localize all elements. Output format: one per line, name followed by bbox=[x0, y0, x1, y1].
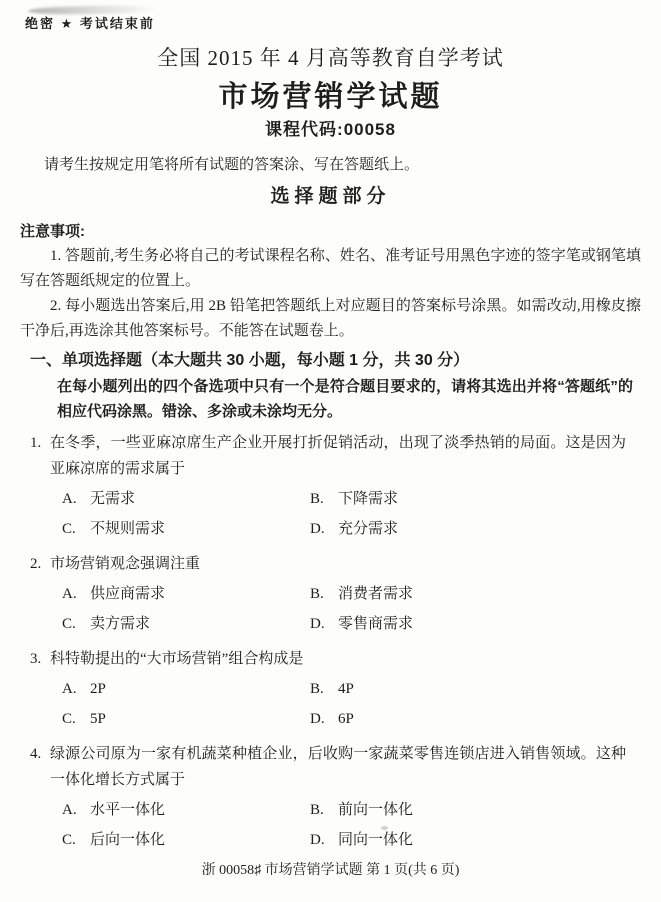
notice-section: 注意事项: 1. 答题前,考生务必将自己的考试课程名称、姓名、准考证号用黑色字迹… bbox=[20, 219, 641, 344]
option-text: 6P bbox=[338, 707, 354, 731]
option-label: A. bbox=[62, 677, 90, 701]
classification-label: 绝密 ★ 考试结束前 bbox=[25, 16, 641, 32]
exam-paper-page: 绝密 ★ 考试结束前 全国 2015 年 4 月高等教育自学考试 市场营销学试题… bbox=[0, 0, 661, 902]
option-item-d: D. 零售商需求 bbox=[310, 612, 641, 636]
general-instruction: 请考生按规定用笔将所有试题的答案涂、写在答题纸上。 bbox=[20, 155, 641, 176]
question-block-2: 2. 市场营销观念强调注重 A. 供应商需求 B. 消费者需求 C. 卖方需求 … bbox=[20, 551, 641, 636]
question-stem-row: 4. 绿源公司原为一家有机蔬菜种植企业，后收购一家蔬菜零售连锁店进入销售领域。这… bbox=[20, 741, 641, 793]
option-item-a: A. 供应商需求 bbox=[62, 582, 310, 606]
options-grid: A. 供应商需求 B. 消费者需求 C. 卖方需求 D. 零售商需求 bbox=[62, 582, 641, 636]
question-number: 4. bbox=[20, 741, 50, 793]
options-grid: A. 水平一体化 B. 前向一体化 C. 后向一体化 D. 同向一体化 bbox=[62, 798, 641, 852]
option-text: 2P bbox=[90, 677, 106, 701]
option-label: D. bbox=[310, 517, 338, 541]
question-stem: 在冬季，一些亚麻凉席生产企业开展打折促销活动，出现了淡季热销的局面。这是因为亚麻… bbox=[50, 430, 626, 482]
option-label: D. bbox=[310, 612, 338, 636]
question-block-4: 4. 绿源公司原为一家有机蔬菜种植企业，后收购一家蔬菜零售连锁店进入销售领域。这… bbox=[20, 741, 641, 852]
option-label: B. bbox=[310, 487, 338, 511]
exam-session-title: 全国 2015 年 4 月高等教育自学考试 bbox=[20, 45, 641, 72]
question-block-1: 1. 在冬季，一些亚麻凉席生产企业开展打折促销活动，出现了淡季热销的局面。这是因… bbox=[20, 430, 641, 541]
options-grid: A. 2P B. 4P C. 5P D. 6P bbox=[62, 677, 641, 731]
option-item-c: C. 后向一体化 bbox=[62, 828, 310, 852]
option-label: A. bbox=[62, 798, 90, 822]
option-text: 后向一体化 bbox=[90, 828, 165, 852]
option-text: 5P bbox=[90, 707, 106, 731]
option-text: 下降需求 bbox=[338, 487, 398, 511]
question-number: 3. bbox=[20, 646, 50, 672]
option-item-a: A. 无需求 bbox=[62, 487, 310, 511]
options-grid: A. 无需求 B. 下降需求 C. 不规则需求 D. 充分需求 bbox=[62, 487, 641, 541]
option-label: C. bbox=[62, 517, 90, 541]
question-stem: 市场营销观念强调注重 bbox=[50, 551, 200, 577]
option-label: B. bbox=[310, 582, 338, 606]
section-instruction: 在每小题列出的四个备选项中只有一个是符合题目要求的，请将其选出并将“答题纸”的相… bbox=[57, 374, 633, 424]
option-text: 充分需求 bbox=[338, 517, 398, 541]
option-item-d: D. 6P bbox=[310, 707, 641, 731]
option-item-c: C. 卖方需求 bbox=[62, 612, 310, 636]
option-text: 无需求 bbox=[90, 487, 135, 511]
option-label: B. bbox=[310, 798, 338, 822]
scan-speck-artifact bbox=[381, 826, 388, 830]
option-label: C. bbox=[62, 828, 90, 852]
option-item-b: B. 消费者需求 bbox=[310, 582, 641, 606]
option-text: 4P bbox=[338, 677, 354, 701]
option-item-d: D. 同向一体化 bbox=[310, 828, 641, 852]
option-text: 水平一体化 bbox=[90, 798, 165, 822]
notice-title: 注意事项: bbox=[20, 219, 641, 244]
option-item-c: C. 不规则需求 bbox=[62, 517, 310, 541]
option-label: D. bbox=[310, 707, 338, 731]
option-item-a: A. 水平一体化 bbox=[62, 798, 310, 822]
question-stem: 绿源公司原为一家有机蔬菜种植企业，后收购一家蔬菜零售连锁店进入销售领域。这种一体… bbox=[50, 741, 626, 793]
part-title: 选择题部分 bbox=[20, 184, 641, 209]
notice-item-1: 1. 答题前,考生务必将自己的考试课程名称、姓名、准考证号用黑色字迹的签字笔或钢… bbox=[20, 244, 641, 294]
scan-smudge-artifact bbox=[28, 5, 158, 15]
option-label: C. bbox=[62, 707, 90, 731]
option-text: 零售商需求 bbox=[338, 612, 413, 636]
section-heading: 一、单项选择题（本大题共 30 小题，每小题 1 分，共 30 分） bbox=[20, 348, 641, 374]
question-stem-row: 2. 市场营销观念强调注重 bbox=[20, 551, 641, 577]
question-number: 1. bbox=[20, 430, 50, 482]
option-text: 同向一体化 bbox=[338, 828, 413, 852]
option-item-b: B. 下降需求 bbox=[310, 487, 641, 511]
option-text: 不规则需求 bbox=[90, 517, 165, 541]
question-stem: 科特勒提出的“大市场营销”组合构成是 bbox=[50, 646, 303, 672]
option-item-c: C. 5P bbox=[62, 707, 310, 731]
option-label: A. bbox=[62, 487, 90, 511]
option-label: B. bbox=[310, 677, 338, 701]
paper-title: 市场营销学试题 bbox=[20, 79, 641, 115]
option-item-a: A. 2P bbox=[62, 677, 310, 701]
option-item-d: D. 充分需求 bbox=[310, 517, 641, 541]
option-label: C. bbox=[62, 612, 90, 636]
question-number: 2. bbox=[20, 551, 50, 577]
page-footer: 浙 00058♯ 市场营销学试题 第 1 页(共 6 页) bbox=[0, 862, 661, 880]
question-stem-row: 3. 科特勒提出的“大市场营销”组合构成是 bbox=[20, 646, 641, 672]
notice-item-2: 2. 每小题选出答案后,用 2B 铅笔把答题纸上对应题目的答案标号涂黑。如需改动… bbox=[20, 294, 641, 344]
option-text: 供应商需求 bbox=[90, 582, 165, 606]
option-text: 消费者需求 bbox=[338, 582, 413, 606]
option-label: D. bbox=[310, 828, 338, 852]
option-text: 前向一体化 bbox=[338, 798, 413, 822]
option-label: A. bbox=[62, 582, 90, 606]
course-code: 课程代码:00058 bbox=[20, 119, 641, 141]
option-text: 卖方需求 bbox=[90, 612, 150, 636]
option-item-b: B. 前向一体化 bbox=[310, 798, 641, 822]
question-stem-row: 1. 在冬季，一些亚麻凉席生产企业开展打折促销活动，出现了淡季热销的局面。这是因… bbox=[20, 430, 641, 482]
option-item-b: B. 4P bbox=[310, 677, 641, 701]
question-block-3: 3. 科特勒提出的“大市场营销”组合构成是 A. 2P B. 4P C. 5P … bbox=[20, 646, 641, 731]
